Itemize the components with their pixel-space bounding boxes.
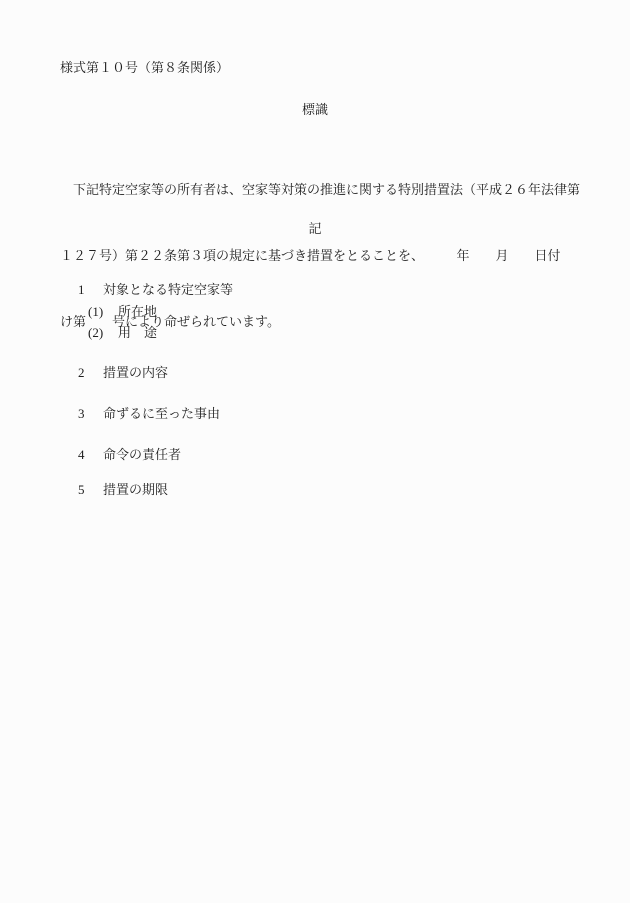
list-heading: 記 (0, 218, 630, 240)
list-item-5: 5措置の期限 (65, 457, 168, 523)
document-page: 様式第１０号（第８条関係） 標識 下記特定空家等の所有者は、空家等対策の推進に関… (0, 0, 630, 903)
list-item-label: 措置の期限 (103, 482, 168, 497)
list-item-label: 命ずるに至った事由 (103, 406, 220, 421)
list-item-label: 措置の内容 (103, 365, 168, 380)
list-item-number: 5 (78, 479, 103, 501)
sub-item-label: 用 途 (118, 325, 157, 340)
page-title: 標識 (0, 99, 630, 121)
body-line-1: 下記特定空家等の所有者は、空家等対策の推進に関する特別措置法（平成２６年法律第 (60, 179, 575, 201)
form-number: 様式第１０号（第８条関係） (60, 57, 229, 79)
